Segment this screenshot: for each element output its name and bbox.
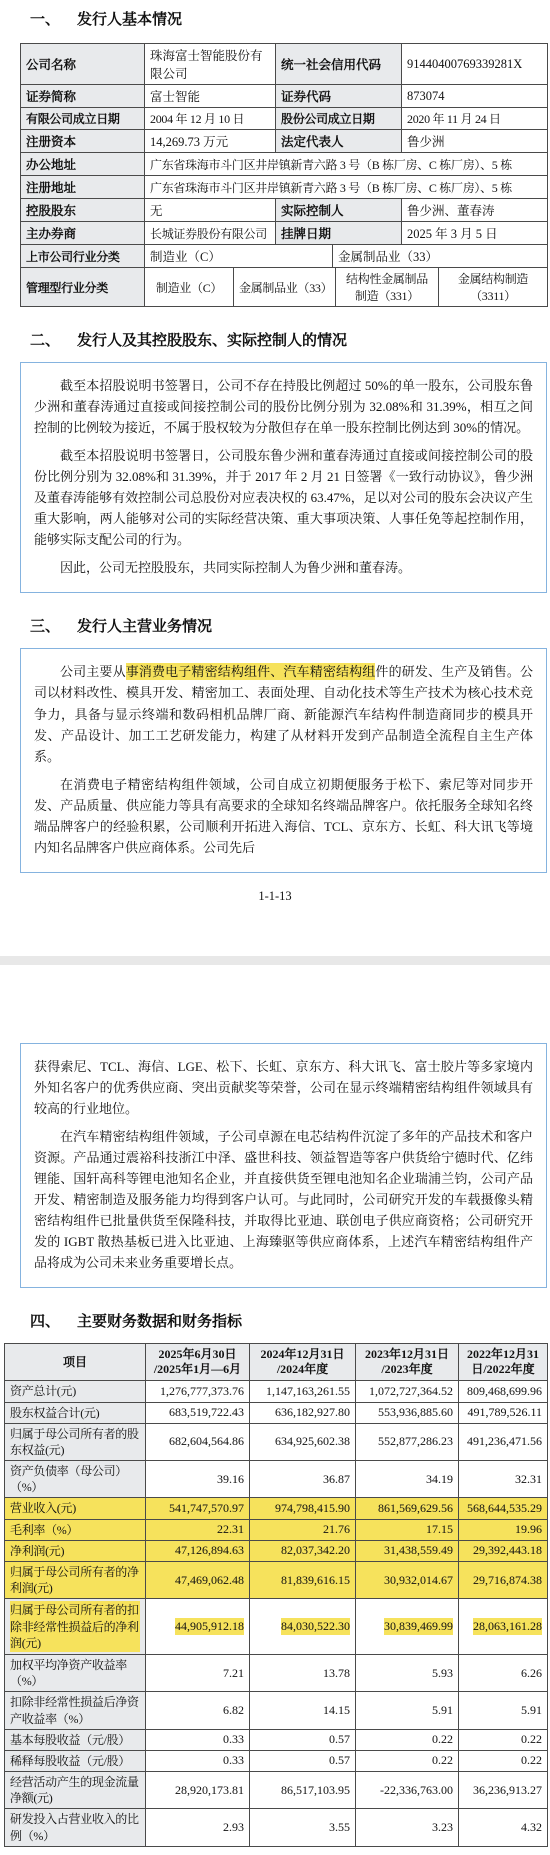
financial-value-2024: 86,517,103.95 bbox=[249, 1772, 355, 1808]
business-continued-box: 获得索尼、TCL、海信、LGE、松下、长虹、京东方、科大讯飞、富士胶片等多家境内… bbox=[20, 1043, 547, 1288]
financial-value-2025: 47,469,062.48 bbox=[145, 1562, 249, 1598]
value-text: 861,569,629.56 bbox=[378, 1501, 453, 1516]
financial-value-2025: 0.33 bbox=[145, 1751, 249, 1771]
security-short-name-label: 证券简称 bbox=[21, 85, 144, 107]
text-segment: 公司主要从 bbox=[60, 664, 126, 679]
security-short-name-value: 富士智能 bbox=[144, 85, 275, 107]
uscc-label: 统一社会信用代码 bbox=[275, 44, 401, 84]
company-name-label: 公司名称 bbox=[21, 44, 144, 84]
financial-row-label: 研发投入占营业收入的比例（%） bbox=[5, 1809, 145, 1845]
section-1-title: 发行人基本情况 bbox=[77, 12, 182, 28]
value-text: 809,468,699.96 bbox=[467, 1384, 542, 1399]
listed-industry-class-1: 制造业（C） bbox=[144, 245, 332, 267]
financial-row-label: 加权平均净资产收益率（%） bbox=[5, 1655, 145, 1691]
financial-value-2025: 22.31 bbox=[145, 1520, 249, 1540]
label-text: 加权平均净资产收益率（%） bbox=[10, 1657, 140, 1689]
financial-value-2022: 29,392,443.18 bbox=[458, 1541, 547, 1561]
label-text: 扣除非经常性损益后净资产收益率（%） bbox=[10, 1694, 140, 1726]
financial-row-label: 归属于母公司所有者的净利润(元) bbox=[5, 1562, 145, 1598]
financial-value-2024: 13.78 bbox=[249, 1655, 355, 1691]
mgmt-industry-class-1: 制造业（C） bbox=[144, 268, 233, 306]
financial-value-2022: 28,063,161.28 bbox=[458, 1599, 547, 1654]
value-text: 2.93 bbox=[223, 1820, 244, 1835]
financial-value-2022: 568,644,535.29 bbox=[458, 1498, 547, 1518]
value-text: 541,747,570.97 bbox=[169, 1501, 244, 1516]
section-4-heading: 四、主要财务数据和财务指标 bbox=[30, 1310, 544, 1331]
page-top-margin bbox=[0, 965, 550, 1043]
header-line-2: /2023年度 bbox=[381, 1362, 432, 1377]
paragraph: 截至本招股说明书签署日，公司股东鲁少洲和董春涛通过直接或间接控制公司的股份比例分… bbox=[34, 445, 533, 550]
financial-value-2024: 84,030,522.30 bbox=[249, 1599, 355, 1654]
financial-row-label: 营业收入(元) bbox=[5, 1498, 145, 1518]
value-text: 82,037,342.20 bbox=[281, 1543, 350, 1558]
value-text: 29,392,443.18 bbox=[473, 1543, 542, 1558]
mgmt-industry-class-3: 结构性金属制品制造（331） bbox=[335, 268, 438, 306]
listed-industry-class-2: 金属制品业（33） bbox=[332, 245, 547, 267]
value-text: 30,932,014.67 bbox=[384, 1573, 453, 1588]
financial-value-2024: 0.57 bbox=[249, 1730, 355, 1750]
financial-row: 稀释每股收益（元/股） 0.33 0.57 0.22 0.22 bbox=[5, 1750, 547, 1771]
financial-row-label: 毛利率（%） bbox=[5, 1520, 145, 1540]
paragraph: 在汽车精密结构组件领域，子公司卓源在电芯结构件沉淀了多年的产品技术和客户资源。产… bbox=[34, 1126, 533, 1273]
paragraph: 在消费电子精密结构组件领域，公司自成立初期便服务于松下、索尼等对同步开发、产品质… bbox=[34, 774, 533, 858]
sponsor-broker-value: 长城证券股份有限公司 bbox=[144, 222, 275, 244]
financial-value-2025: 683,519,722.43 bbox=[145, 1403, 249, 1423]
financial-value-2024: 36.87 bbox=[249, 1461, 355, 1497]
financial-value-2023: 5.91 bbox=[355, 1692, 458, 1728]
page-separator bbox=[0, 956, 550, 965]
actual-controller-value: 鲁少洲、董春涛 bbox=[401, 199, 547, 221]
value-text: 6.82 bbox=[223, 1703, 244, 1718]
value-text: 0.22 bbox=[521, 1753, 542, 1768]
label-text: 研发投入占营业收入的比例（%） bbox=[10, 1811, 140, 1843]
table-row: 注册资本 14,269.73 万元 法定代表人 鲁少洲 bbox=[21, 129, 547, 152]
financial-value-2025: 7.21 bbox=[145, 1655, 249, 1691]
financial-table-body: 资产总计(元) 1,276,777,373.76 1,147,163,261.5… bbox=[5, 1380, 547, 1846]
value-text: 0.22 bbox=[432, 1732, 453, 1747]
financial-value-2023: 0.22 bbox=[355, 1751, 458, 1771]
value-text: 21.76 bbox=[323, 1522, 350, 1537]
financial-row-label: 股东权益合计(元) bbox=[5, 1403, 145, 1423]
financial-value-2025: 541,747,570.97 bbox=[145, 1498, 249, 1518]
financial-header-cell: 2023年12月31日 /2023年度 bbox=[355, 1344, 458, 1380]
value-text: 683,519,722.43 bbox=[169, 1405, 244, 1420]
table-row: 注册地址 广东省珠海市斗门区井岸镇新青六路 3 号（B 栋厂房、C 栋厂房）、5… bbox=[21, 175, 547, 198]
financial-row: 基本每股收益（元/股） 0.33 0.57 0.22 0.22 bbox=[5, 1729, 547, 1750]
security-code-value: 873074 bbox=[401, 85, 547, 107]
office-address-value: 广东省珠海市斗门区井岸镇新青六路 3 号（B 栋厂房、C 栋厂房）、5 栋 bbox=[144, 153, 547, 175]
controlling-shareholder-label: 控股股东 bbox=[21, 199, 144, 221]
value-text: 1,072,727,364.52 bbox=[369, 1384, 453, 1399]
value-text: 86,517,103.95 bbox=[281, 1783, 350, 1798]
header-line-2: 日/2022年度 bbox=[471, 1362, 534, 1377]
value-text: 5.93 bbox=[432, 1666, 453, 1681]
financial-value-2023: 30,932,014.67 bbox=[355, 1562, 458, 1598]
financial-value-2022: 809,468,699.96 bbox=[458, 1381, 547, 1401]
financial-value-2025: 1,276,777,373.76 bbox=[145, 1381, 249, 1401]
section-3-heading: 三、发行人主营业务情况 bbox=[30, 615, 544, 636]
financial-value-2024: 0.57 bbox=[249, 1751, 355, 1771]
controlling-shareholder-value: 无 bbox=[144, 199, 275, 221]
financial-row-label: 资产负债率（母公司）（%） bbox=[5, 1461, 145, 1497]
section-3-title: 发行人主营业务情况 bbox=[77, 619, 212, 635]
highlighted-text: 事消费电子精密结构组件、汽车精密结构组 bbox=[126, 663, 376, 680]
financial-value-2024: 14.15 bbox=[249, 1692, 355, 1728]
financial-value-2025: 39.16 bbox=[145, 1461, 249, 1497]
financial-value-2024: 82,037,342.20 bbox=[249, 1541, 355, 1561]
value-text: 0.22 bbox=[521, 1732, 542, 1747]
financial-value-2022: 5.91 bbox=[458, 1692, 547, 1728]
financial-row-label: 扣除非经常性损益后净资产收益率（%） bbox=[5, 1692, 145, 1728]
value-text: 552,877,286.23 bbox=[378, 1434, 453, 1449]
financial-value-2022: 491,789,526.11 bbox=[458, 1403, 547, 1423]
financial-value-2022: 36,236,913.27 bbox=[458, 1772, 547, 1808]
header-line-1: 2025年6月30日 bbox=[158, 1347, 236, 1362]
financial-value-2022: 4.32 bbox=[458, 1809, 547, 1845]
paragraph: 获得索尼、TCL、海信、LGE、松下、长虹、京东方、科大讯飞、富士胶片等多家境内… bbox=[34, 1056, 533, 1119]
financial-value-2025: 2.93 bbox=[145, 1809, 249, 1845]
value-text: 47,469,062.48 bbox=[175, 1573, 244, 1588]
ltd-founding-date-label: 有限公司成立日期 bbox=[21, 108, 144, 129]
table-row: 证券简称 富士智能 证券代码 873074 bbox=[21, 84, 547, 107]
financial-row: 经营活动产生的现金流量净额(元) 28,920,173.81 86,517,10… bbox=[5, 1771, 547, 1808]
section-2-title: 发行人及其控股股东、实际控制人的情况 bbox=[77, 333, 347, 349]
financial-row: 归属于母公司所有者的股东权益(元) 682,604,564.86 634,925… bbox=[5, 1423, 547, 1460]
uscc-value: 91440400769339281X bbox=[401, 44, 547, 84]
financial-value-2025: 47,126,894.63 bbox=[145, 1541, 249, 1561]
value-text: 28,063,161.28 bbox=[473, 1618, 542, 1635]
financial-value-2023: -22,336,763.00 bbox=[355, 1772, 458, 1808]
security-code-label: 证券代码 bbox=[275, 85, 401, 107]
table-row: 控股股东 无 实际控制人 鲁少洲、董春涛 bbox=[21, 198, 547, 221]
section-1-heading: 一、发行人基本情况 bbox=[30, 8, 544, 29]
table-row: 有限公司成立日期 2004 年 12 月 10 日 股份公司成立日期 2020 … bbox=[21, 107, 547, 129]
financial-header-row: 项目 2025年6月30日 /2025年1月—6月 2024年12月31日 /2… bbox=[5, 1344, 547, 1380]
financial-value-2025: 44,905,912.18 bbox=[145, 1599, 249, 1654]
value-text: 22.31 bbox=[217, 1522, 244, 1537]
paragraph: 截至本招股说明书签署日，公司不存在持股比例超过 50%的单一股东，公司股东鲁少洲… bbox=[34, 375, 533, 438]
financial-header-cell: 2024年12月31日 /2024年度 bbox=[249, 1344, 355, 1380]
section-1-number: 一、 bbox=[30, 12, 60, 28]
label-text: 净利润(元) bbox=[10, 1543, 64, 1559]
financial-row: 研发投入占营业收入的比例（%） 2.93 3.55 3.23 4.32 bbox=[5, 1808, 547, 1845]
section-4-title: 主要财务数据和财务指标 bbox=[77, 1314, 242, 1330]
financial-row: 资产总计(元) 1,276,777,373.76 1,147,163,261.5… bbox=[5, 1380, 547, 1401]
financial-row: 归属于母公司所有者的净利润(元) 47,469,062.48 81,839,61… bbox=[5, 1561, 547, 1598]
financial-value-2024: 3.55 bbox=[249, 1809, 355, 1845]
table-row: 主办券商 长城证券股份有限公司 挂牌日期 2025 年 3 月 5 日 bbox=[21, 221, 547, 244]
section-4-number: 四、 bbox=[30, 1314, 60, 1330]
value-text: 5.91 bbox=[521, 1703, 542, 1718]
mgmt-industry-class-2: 金属制品业（33） bbox=[233, 268, 335, 306]
table-row: 公司名称 珠海富士智能股份有限公司 统一社会信用代码 9144040076933… bbox=[21, 44, 547, 84]
financial-header-cell: 2025年6月30日 /2025年1月—6月 bbox=[145, 1344, 249, 1380]
value-text: 0.33 bbox=[223, 1753, 244, 1768]
label-text: 稀释每股收益（元/股） bbox=[10, 1753, 130, 1769]
header-line-1: 2023年12月31日 bbox=[365, 1347, 449, 1362]
label-text: 毛利率（%） bbox=[10, 1522, 78, 1538]
financial-row: 净利润(元) 47,126,894.63 82,037,342.20 31,43… bbox=[5, 1540, 547, 1561]
registered-address-label: 注册地址 bbox=[21, 176, 144, 198]
section-3-number: 三、 bbox=[30, 619, 60, 635]
jsc-founding-date-value: 2020 年 11 月 24 日 bbox=[401, 108, 547, 129]
label-text: 归属于母公司所有者的净利润(元) bbox=[10, 1564, 140, 1596]
financial-value-2025: 28,920,173.81 bbox=[145, 1772, 249, 1808]
value-text: 31,438,559.49 bbox=[384, 1543, 453, 1558]
financial-header-cell: 2022年12月31 日/2022年度 bbox=[458, 1344, 547, 1380]
financial-row-label: 归属于母公司所有者的股东权益(元) bbox=[5, 1424, 145, 1460]
financial-value-2023: 553,936,885.60 bbox=[355, 1403, 458, 1423]
financial-row-label: 稀释每股收益（元/股） bbox=[5, 1751, 145, 1771]
value-text: 682,604,564.86 bbox=[169, 1434, 244, 1449]
value-text: 84,030,522.30 bbox=[281, 1618, 350, 1635]
paragraph: 因此，公司无控股股东，共同实际控制人为鲁少洲和董春涛。 bbox=[34, 557, 533, 578]
financial-row: 资产负债率（母公司）（%） 39.16 36.87 34.19 32.31 bbox=[5, 1460, 547, 1497]
value-text: 553,936,885.60 bbox=[378, 1405, 453, 1420]
document-page-1: 一、发行人基本情况 公司名称 珠海富士智能股份有限公司 统一社会信用代码 914… bbox=[0, 8, 550, 904]
financial-value-2023: 552,877,286.23 bbox=[355, 1424, 458, 1460]
mgmt-industry-class-4: 金属结构制造（3311） bbox=[438, 268, 547, 306]
label-text: 基本每股收益（元/股） bbox=[10, 1732, 130, 1748]
header-line-2: /2024年度 bbox=[277, 1362, 328, 1377]
label-text: 经营活动产生的现金流量净额(元) bbox=[10, 1774, 140, 1806]
legal-representative-value: 鲁少洲 bbox=[401, 130, 547, 152]
value-text: 36.87 bbox=[323, 1472, 350, 1487]
financial-value-2024: 1,147,163,261.55 bbox=[249, 1381, 355, 1401]
financial-header-cell: 项目 bbox=[5, 1344, 145, 1380]
listed-industry-class-label: 上市公司行业分类 bbox=[21, 245, 144, 267]
value-text: 34.19 bbox=[426, 1472, 453, 1487]
header-line-1: 项目 bbox=[63, 1355, 87, 1370]
label-text: 归属于母公司所有者的股东权益(元) bbox=[10, 1426, 140, 1458]
financial-row-label: 净利润(元) bbox=[5, 1541, 145, 1561]
value-text: 30,839,469.99 bbox=[384, 1618, 453, 1635]
value-text: 4.32 bbox=[521, 1820, 542, 1835]
paragraph: 公司主要从事消费电子精密结构组件、汽车精密结构组件的研发、生产及销售。公司以材料… bbox=[34, 661, 533, 766]
table-row: 上市公司行业分类 制造业（C） 金属制品业（33） bbox=[21, 244, 547, 267]
listing-date-label: 挂牌日期 bbox=[275, 222, 401, 244]
basic-info-table: 公司名称 珠海富士智能股份有限公司 统一社会信用代码 9144040076933… bbox=[20, 43, 548, 307]
value-text: 634,925,602.38 bbox=[275, 1434, 350, 1449]
financial-row: 毛利率（%） 22.31 21.76 17.15 19.96 bbox=[5, 1519, 547, 1540]
actual-controller-label: 实际控制人 bbox=[275, 199, 401, 221]
value-text: 28,920,173.81 bbox=[175, 1783, 244, 1798]
registered-capital-value: 14,269.73 万元 bbox=[144, 130, 275, 152]
value-text: 32.31 bbox=[515, 1472, 542, 1487]
value-text: -22,336,763.00 bbox=[380, 1783, 453, 1798]
financial-data-table: 项目 2025年6月30日 /2025年1月—6月 2024年12月31日 /2… bbox=[4, 1343, 548, 1847]
jsc-founding-date-label: 股份公司成立日期 bbox=[275, 108, 401, 129]
financial-value-2024: 634,925,602.38 bbox=[249, 1424, 355, 1460]
financial-value-2022: 19.96 bbox=[458, 1520, 547, 1540]
value-text: 0.57 bbox=[329, 1753, 350, 1768]
label-text: 营业收入(元) bbox=[10, 1500, 76, 1516]
financial-row-label: 基本每股收益（元/股） bbox=[5, 1730, 145, 1750]
financial-value-2022: 491,236,471.56 bbox=[458, 1424, 547, 1460]
financial-value-2022: 0.22 bbox=[458, 1751, 547, 1771]
financial-row: 股东权益合计(元) 683,519,722.43 636,182,927.80 … bbox=[5, 1402, 547, 1423]
value-text: 491,236,471.56 bbox=[467, 1434, 542, 1449]
financial-value-2022: 6.26 bbox=[458, 1655, 547, 1691]
label-text: 资产负债率（母公司）（%） bbox=[10, 1463, 140, 1495]
financial-value-2024: 21.76 bbox=[249, 1520, 355, 1540]
value-text: 17.15 bbox=[426, 1522, 453, 1537]
company-name-value: 珠海富士智能股份有限公司 bbox=[144, 44, 275, 84]
value-text: 44,905,912.18 bbox=[175, 1618, 244, 1635]
financial-value-2024: 81,839,616.15 bbox=[249, 1562, 355, 1598]
financial-row: 扣除非经常性损益后净资产收益率（%） 6.82 14.15 5.91 5.91 bbox=[5, 1691, 547, 1728]
value-text: 0.57 bbox=[329, 1732, 350, 1747]
financial-value-2023: 30,839,469.99 bbox=[355, 1599, 458, 1654]
value-text: 1,276,777,373.76 bbox=[160, 1384, 244, 1399]
value-text: 13.78 bbox=[323, 1666, 350, 1681]
financial-value-2023: 3.23 bbox=[355, 1809, 458, 1845]
value-text: 3.23 bbox=[432, 1820, 453, 1835]
value-text: 6.26 bbox=[521, 1666, 542, 1681]
office-address-label: 办公地址 bbox=[21, 153, 144, 175]
controller-description-box: 截至本招股说明书签署日，公司不存在持股比例超过 50%的单一股东，公司股东鲁少洲… bbox=[20, 362, 547, 593]
financial-value-2023: 31,438,559.49 bbox=[355, 1541, 458, 1561]
financial-value-2024: 636,182,927.80 bbox=[249, 1403, 355, 1423]
legal-representative-label: 法定代表人 bbox=[275, 130, 401, 152]
value-text: 47,126,894.63 bbox=[175, 1543, 244, 1558]
registered-address-value: 广东省珠海市斗门区井岸镇新青六路 3 号（B 栋厂房、C 栋厂房）、5 栋 bbox=[144, 176, 547, 198]
financial-value-2023: 17.15 bbox=[355, 1520, 458, 1540]
financial-row: 加权平均净资产收益率（%） 7.21 13.78 5.93 6.26 bbox=[5, 1654, 547, 1691]
financial-row-label: 资产总计(元) bbox=[5, 1381, 145, 1401]
financial-value-2024: 974,798,415.90 bbox=[249, 1498, 355, 1518]
value-text: 81,839,616.15 bbox=[281, 1573, 350, 1588]
document-page-2: 获得索尼、TCL、海信、LGE、松下、长虹、京东方、科大讯飞、富士胶片等多家境内… bbox=[0, 965, 550, 1847]
value-text: 29,716,874.38 bbox=[473, 1573, 542, 1588]
header-line-2: /2025年1月—6月 bbox=[154, 1362, 241, 1377]
value-text: 14.15 bbox=[323, 1703, 350, 1718]
value-text: 1,147,163,261.55 bbox=[266, 1384, 350, 1399]
value-text: 0.22 bbox=[432, 1753, 453, 1768]
value-text: 974,798,415.90 bbox=[275, 1501, 350, 1516]
section-2-number: 二、 bbox=[30, 333, 60, 349]
label-text: 归属于母公司所有者的扣除非经常性损益后的净利润(元) bbox=[10, 1601, 140, 1652]
value-text: 7.21 bbox=[223, 1666, 244, 1681]
label-text: 资产总计(元) bbox=[10, 1383, 76, 1399]
financial-value-2025: 0.33 bbox=[145, 1730, 249, 1750]
financial-value-2025: 682,604,564.86 bbox=[145, 1424, 249, 1460]
financial-row: 归属于母公司所有者的扣除非经常性损益后的净利润(元) 44,905,912.18… bbox=[5, 1598, 547, 1654]
sponsor-broker-label: 主办券商 bbox=[21, 222, 144, 244]
table-row: 办公地址 广东省珠海市斗门区井岸镇新青六路 3 号（B 栋厂房、C 栋厂房）、5… bbox=[21, 152, 547, 175]
financial-value-2023: 861,569,629.56 bbox=[355, 1498, 458, 1518]
value-text: 19.96 bbox=[515, 1522, 542, 1537]
value-text: 0.33 bbox=[223, 1732, 244, 1747]
value-text: 636,182,927.80 bbox=[275, 1405, 350, 1420]
main-business-box: 公司主要从事消费电子精密结构组件、汽车精密结构组件的研发、生产及销售。公司以材料… bbox=[20, 648, 547, 872]
financial-value-2023: 1,072,727,364.52 bbox=[355, 1381, 458, 1401]
financial-value-2022: 0.22 bbox=[458, 1730, 547, 1750]
value-text: 5.91 bbox=[432, 1703, 453, 1718]
financial-value-2023: 34.19 bbox=[355, 1461, 458, 1497]
financial-row-label: 归属于母公司所有者的扣除非经常性损益后的净利润(元) bbox=[5, 1599, 145, 1654]
page-number: 1-1-13 bbox=[0, 889, 550, 904]
ltd-founding-date-value: 2004 年 12 月 10 日 bbox=[144, 108, 275, 129]
financial-row: 营业收入(元) 541,747,570.97 974,798,415.90 86… bbox=[5, 1497, 547, 1518]
listing-date-value: 2025 年 3 月 5 日 bbox=[401, 222, 547, 244]
value-text: 3.55 bbox=[329, 1820, 350, 1835]
financial-value-2022: 29,716,874.38 bbox=[458, 1562, 547, 1598]
header-line-1: 2024年12月31日 bbox=[260, 1347, 344, 1362]
value-text: 39.16 bbox=[217, 1472, 244, 1487]
section-2-heading: 二、发行人及其控股股东、实际控制人的情况 bbox=[30, 329, 544, 350]
label-text: 股东权益合计(元) bbox=[10, 1405, 99, 1421]
financial-value-2023: 0.22 bbox=[355, 1730, 458, 1750]
financial-value-2023: 5.93 bbox=[355, 1655, 458, 1691]
financial-row-label: 经营活动产生的现金流量净额(元) bbox=[5, 1772, 145, 1808]
value-text: 36,236,913.27 bbox=[473, 1783, 542, 1798]
registered-capital-label: 注册资本 bbox=[21, 130, 144, 152]
financial-value-2022: 32.31 bbox=[458, 1461, 547, 1497]
value-text: 491,789,526.11 bbox=[467, 1405, 542, 1420]
table-row: 管理型行业分类 制造业（C） 金属制品业（33） 结构性金属制品制造（331） … bbox=[21, 267, 547, 306]
financial-value-2025: 6.82 bbox=[145, 1692, 249, 1728]
header-line-1: 2022年12月31 bbox=[467, 1347, 539, 1362]
value-text: 568,644,535.29 bbox=[467, 1501, 542, 1516]
mgmt-industry-class-label: 管理型行业分类 bbox=[21, 268, 144, 306]
